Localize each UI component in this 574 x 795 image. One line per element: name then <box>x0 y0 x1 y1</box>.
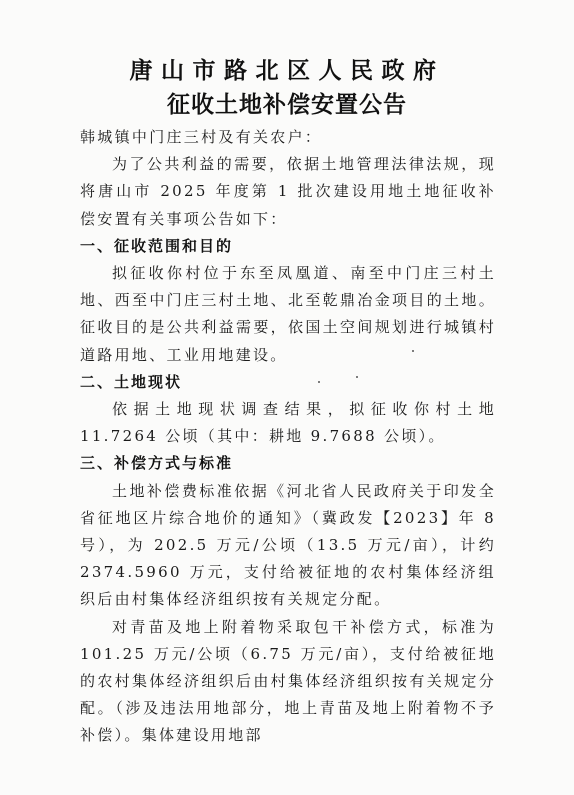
section-heading-land-status: 二、土地现状 <box>80 369 496 396</box>
notice-page: 唐山市路北区人民政府 征收土地补偿安置公告 韩城镇中门庄三村及有关农户： 为了公… <box>0 0 574 795</box>
section-paragraph: 对青苗及地上附着物采取包干补偿方式，标准为 101.25 万元/公顷（6.75 … <box>80 614 496 750</box>
document-title-subject: 征收土地补偿安置公告 <box>0 86 574 119</box>
document-title-issuer: 唐山市路北区人民政府 <box>0 52 574 85</box>
section-heading-compensation: 三、补偿方式与标准 <box>80 450 496 477</box>
scan-speck <box>356 376 358 378</box>
section-paragraph: 土地补偿费标准依据《河北省人民政府关于印发全省征地区片综合地价的通知》（冀政发【… <box>80 478 496 614</box>
section-heading-scope: 一、征收范围和目的 <box>80 233 496 260</box>
scan-speck <box>318 381 320 383</box>
salutation: 韩城镇中门庄三村及有关农户： <box>80 124 496 151</box>
section-paragraph: 拟征收你村位于东至凤凰道、南至中门庄三村土地、西至中门庄三村土地、北至乾鼎冶金项… <box>80 260 496 369</box>
intro-paragraph: 为了公共利益的需要，依据土地管理法律法规，现将唐山市 2025 年度第 1 批次… <box>80 151 496 233</box>
scan-speck <box>412 350 414 352</box>
section-paragraph: 依据土地现状调查结果，拟征收你村土地 11.7264 公顷（其中：耕地 9.76… <box>80 396 496 450</box>
document-body: 韩城镇中门庄三村及有关农户： 为了公共利益的需要，依据土地管理法律法规，现将唐山… <box>80 124 496 750</box>
